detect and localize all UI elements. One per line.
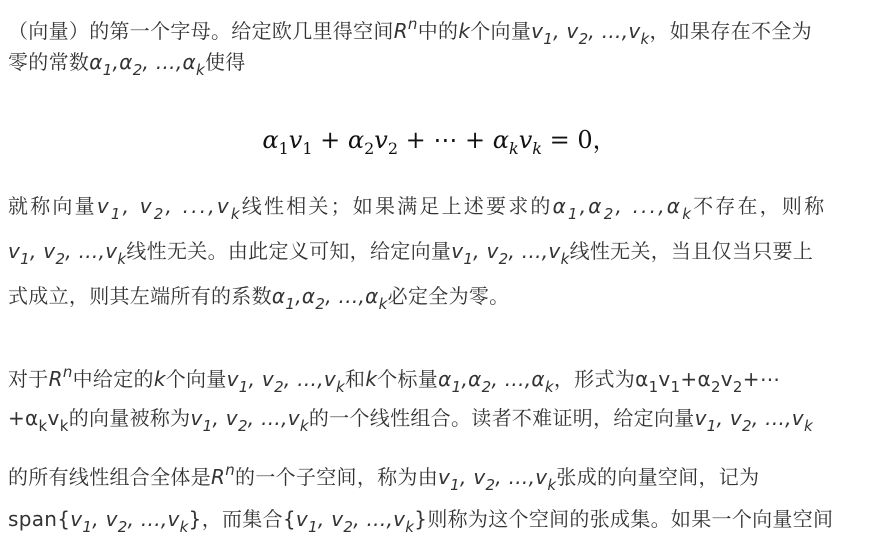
expr: α [635, 367, 648, 391]
text: ，而集合{ [202, 507, 296, 531]
paragraph-1-line-1: （向量）的第一个字母。给定欧几里得空间Rn中的k个向量v1, v2, ...,v… [8, 10, 812, 53]
math-sub: 1 [450, 476, 460, 494]
math-v: , ...,v [248, 406, 300, 430]
eq-alpha: α [348, 126, 364, 154]
math-sub: 1 [543, 30, 553, 48]
math-sub: 1 [103, 61, 113, 79]
math-sub: k [180, 518, 189, 536]
math-alpha: α [553, 194, 568, 218]
paragraph-3-line-2: +αkvk的向量被称为v1, v2, ...,vk的一个线性组合。读者不难证明，… [8, 404, 813, 440]
math-sub: 1 [463, 250, 473, 268]
expr-sub: k [60, 417, 69, 435]
text: 个向量 [470, 19, 531, 43]
eq-alpha: α [493, 126, 509, 154]
text: 零的常数 [8, 50, 89, 74]
math-sub: k [682, 205, 693, 223]
math-v: v [695, 406, 707, 430]
math-v: , ...,v [284, 367, 336, 391]
text: 的一个线性组合。读者不难证明，给定向量 [309, 406, 695, 430]
math-R: R [211, 465, 225, 489]
math-v: , v [249, 367, 274, 391]
math-k: k [365, 367, 377, 391]
math-sub: 2 [579, 30, 589, 48]
eq-dots: ⋯ [433, 126, 457, 154]
math-alpha: ,α [580, 194, 604, 218]
eq-sub: 1 [279, 139, 289, 158]
paragraph-1-line-2: 零的常数α1,α2, ...,αk使得 [8, 48, 246, 84]
math-sub: k [379, 295, 388, 313]
expr-sub: 2 [711, 378, 721, 396]
math-alpha: α [272, 284, 285, 308]
math-sub: 1 [308, 518, 318, 536]
math-sub: 1 [452, 378, 462, 396]
expr: v [721, 367, 733, 391]
eq-equals: = 0， [542, 126, 617, 154]
text: }则称为这个空间的张成集。如果一个向量空间 [414, 507, 833, 531]
math-R: R [394, 19, 408, 43]
math-sub: 2 [742, 417, 752, 435]
math-v: , v [212, 406, 237, 430]
math-v: , ...,v [752, 406, 804, 430]
eq-plus: + [398, 126, 433, 154]
text: } [189, 507, 202, 531]
math-sub: 2 [499, 250, 509, 268]
math-v: , ...,v [353, 507, 405, 531]
text: span{ [8, 507, 70, 531]
text: 的所有线性组合全体是 [8, 465, 211, 489]
math-sub: 1 [568, 205, 580, 223]
eq-v: v [374, 126, 388, 154]
eq-plus: + [313, 126, 348, 154]
text: 的向量被称为 [69, 406, 191, 430]
math-sub: k [300, 417, 309, 435]
math-sub: 2 [133, 61, 143, 79]
text: 和 [345, 367, 365, 391]
eq-sub: 1 [302, 139, 312, 158]
math-v: v [8, 239, 20, 263]
math-v: , ...,v [588, 19, 640, 43]
math-alpha: , ...,α [491, 367, 544, 391]
math-k: k [458, 19, 470, 43]
math-sub: k [405, 518, 414, 536]
text: ，如果存在不全为 [650, 19, 812, 43]
math-sub: 1 [203, 417, 213, 435]
math-sub: 2 [274, 378, 284, 396]
math-v: v [438, 465, 450, 489]
text: 个向量 [166, 367, 227, 391]
math-alpha: ,α [113, 50, 133, 74]
expr: v [658, 367, 670, 391]
math-n: n [225, 461, 235, 479]
math-R: R [49, 367, 63, 391]
eq-sub: 2 [388, 139, 398, 158]
display-equation: α1v1 + α2v2 + ⋯ + αkvk = 0， [0, 120, 879, 158]
math-v: , ...,v [166, 194, 231, 218]
math-alpha: ,α [461, 367, 481, 391]
math-sub: 2 [118, 518, 128, 536]
math-sub: k [336, 378, 345, 396]
math-v: , v [318, 507, 343, 531]
math-sub: 2 [55, 250, 65, 268]
text: 中给定的 [73, 367, 154, 391]
paragraph-3-line-3: 的所有线性组合全体是Rn的一个子空间，称为由v1, v2, ...,vk张成的向… [8, 456, 759, 499]
math-v: v [296, 507, 308, 531]
math-v: , ...,v [508, 239, 560, 263]
expr: +α [680, 367, 711, 391]
math-sub: 1 [707, 417, 717, 435]
eq-alpha: α [262, 126, 278, 154]
math-v: , v [460, 465, 485, 489]
eq-sub: 2 [364, 139, 374, 158]
math-sub: k [641, 30, 650, 48]
math-sub: k [196, 61, 205, 79]
expr: +α [8, 406, 39, 430]
math-v: , v [473, 239, 498, 263]
text: 的一个子空间，称为由 [235, 465, 438, 489]
math-sub: 2 [238, 417, 248, 435]
text: 就称向量 [8, 194, 97, 218]
math-v: v [531, 19, 543, 43]
math-n: n [408, 15, 418, 33]
text: 个标量 [377, 367, 438, 391]
text: 使得 [205, 50, 246, 74]
text: 线性无关，当且仅当只要上 [570, 239, 814, 263]
eq-v: v [519, 126, 533, 154]
math-alpha: α [89, 50, 102, 74]
math-v: v [70, 507, 82, 531]
text: 线性相关；如果满足上述要求的 [242, 194, 553, 218]
paragraph-2-line-1: 就称向量v1, v2, ...,vk线性相关；如果满足上述要求的α1,α2, .… [8, 192, 826, 228]
math-sub: 2 [154, 205, 166, 223]
math-v: v [227, 367, 239, 391]
text: 线性无关。由此定义可知，给定向量 [126, 239, 451, 263]
expr: v [48, 406, 60, 430]
math-alpha: , ...,α [143, 50, 196, 74]
math-v: , ...,v [65, 239, 117, 263]
text: 张成的向量空间，记为 [556, 465, 759, 489]
math-v: , v [30, 239, 55, 263]
math-v: v [191, 406, 203, 430]
text: 对于 [8, 367, 49, 391]
text: 中的 [418, 19, 459, 43]
math-sub: k [804, 417, 813, 435]
eq-v: v [289, 126, 303, 154]
math-alpha: , ...,α [325, 284, 378, 308]
math-alpha: α [438, 367, 451, 391]
math-sub: 1 [239, 378, 249, 396]
math-sub: 2 [482, 378, 492, 396]
math-alpha: , ...,α [615, 194, 682, 218]
math-sub: k [545, 378, 554, 396]
math-v: v [97, 194, 111, 218]
expr-sub: 1 [649, 378, 659, 396]
expr-sub: k [39, 417, 48, 435]
math-v: , v [92, 507, 117, 531]
text: ，形式为 [554, 367, 635, 391]
math-sub: 1 [111, 205, 123, 223]
eq-sub: k [509, 139, 519, 158]
math-alpha: ,α [295, 284, 315, 308]
eq-sub: k [532, 139, 542, 158]
math-sub: 2 [315, 295, 325, 313]
text: 必定全为零。 [388, 284, 510, 308]
math-sub: k [561, 250, 570, 268]
expr-sub: 1 [671, 378, 681, 396]
math-sub: 1 [285, 295, 295, 313]
paragraph-3-line-4: span{v1, v2, ...,vk}，而集合{v1, v2, ...,vk}… [8, 505, 833, 541]
paragraph-2-line-2: v1, v2, ...,vk线性无关。由此定义可知，给定向量v1, v2, ..… [8, 237, 813, 273]
math-n: n [63, 363, 73, 381]
math-sub: k [231, 205, 242, 223]
math-v: , v [123, 194, 154, 218]
text: 不存在，则称 [693, 194, 826, 218]
paragraph-3-line-1: 对于Rn中给定的k个向量v1, v2, ...,vk和k个标量α1,α2, ..… [8, 358, 780, 401]
math-v: v [451, 239, 463, 263]
math-sub: 2 [343, 518, 353, 536]
math-v: , v [717, 406, 742, 430]
math-k: k [154, 367, 166, 391]
math-v: , ...,v [128, 507, 180, 531]
math-sub: 1 [82, 518, 92, 536]
eq-plus: + [457, 126, 492, 154]
math-v: , ...,v [495, 465, 547, 489]
math-sub: 2 [485, 476, 495, 494]
text: （向量）的第一个字母。给定欧几里得空间 [8, 19, 394, 43]
paragraph-2-line-3: 式成立，则其左端所有的系数α1,α2, ...,αk必定全为零。 [8, 282, 509, 318]
expr: +⋯ [743, 367, 780, 391]
math-v: , v [553, 19, 578, 43]
math-sub: 1 [20, 250, 30, 268]
expr-sub: 2 [733, 378, 743, 396]
text: 式成立，则其左端所有的系数 [8, 284, 272, 308]
math-sub: 2 [604, 205, 616, 223]
